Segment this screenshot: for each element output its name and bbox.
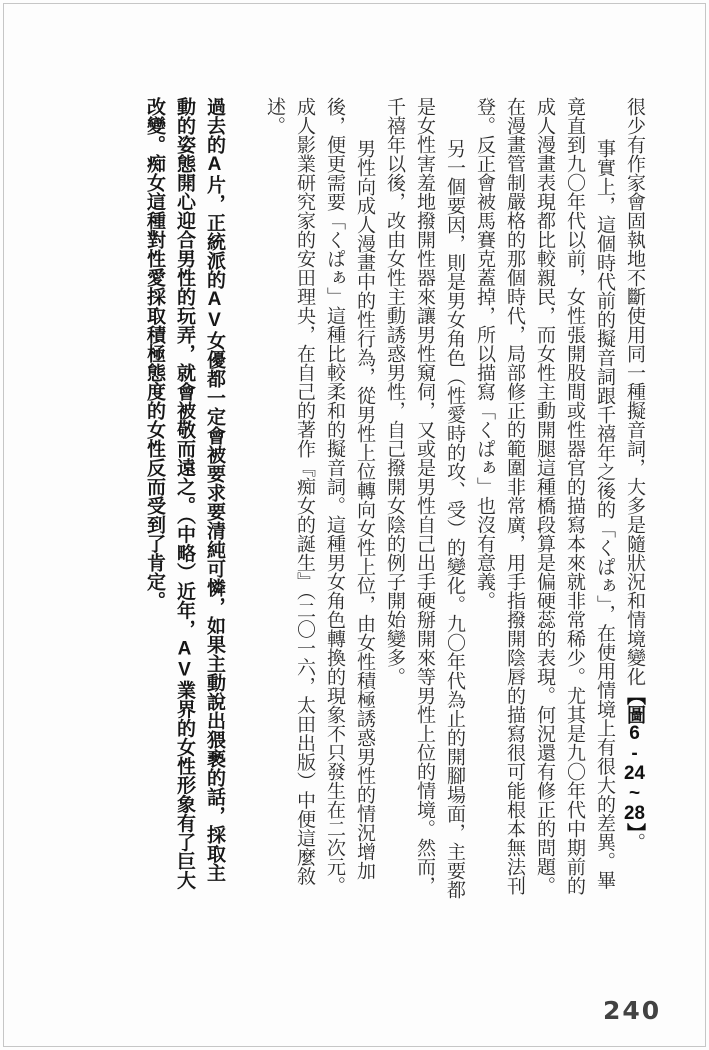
quote-paragraph: 過去的A片，正統派的AV女優都一定會被要求要清純可憐，如果主動說出猥褻的話，採取… [139, 97, 229, 900]
paragraph-4: 男性向成人漫畫中的性行為，從男性上位轉向女性上位，由女性積極誘惑男性的情況增加後… [259, 97, 379, 900]
paragraph-1-text: 很少有作家會固執地不斷使用同一種擬音詞，大多是隨狀況和情境變化 [624, 97, 645, 686]
book-page: 很少有作家會固執地不斷使用同一種擬音詞，大多是隨狀況和情境變化【圖6-24~28… [0, 0, 709, 1050]
page-number: 240 [603, 996, 661, 1025]
paragraph-1-end: 。 [624, 833, 645, 852]
figure-reference: 【圖6-24~28】 [624, 686, 645, 833]
paragraph-2: 事實上，這個時代前的擬音詞跟千禧年之後的「くぱぁ」，在使用情境上有很大的差異。畢… [469, 97, 619, 900]
paragraph-3: 另一個要因，則是男女角色（性愛時的攻、受）的變化。九〇年代為止的開腳場面，主要都… [379, 97, 469, 900]
article-text: 很少有作家會固執地不斷使用同一種擬音詞，大多是隨狀況和情境變化【圖6-24~28… [139, 97, 649, 900]
paragraph-1: 很少有作家會固執地不斷使用同一種擬音詞，大多是隨狀況和情境變化【圖6-24~28… [619, 97, 649, 900]
